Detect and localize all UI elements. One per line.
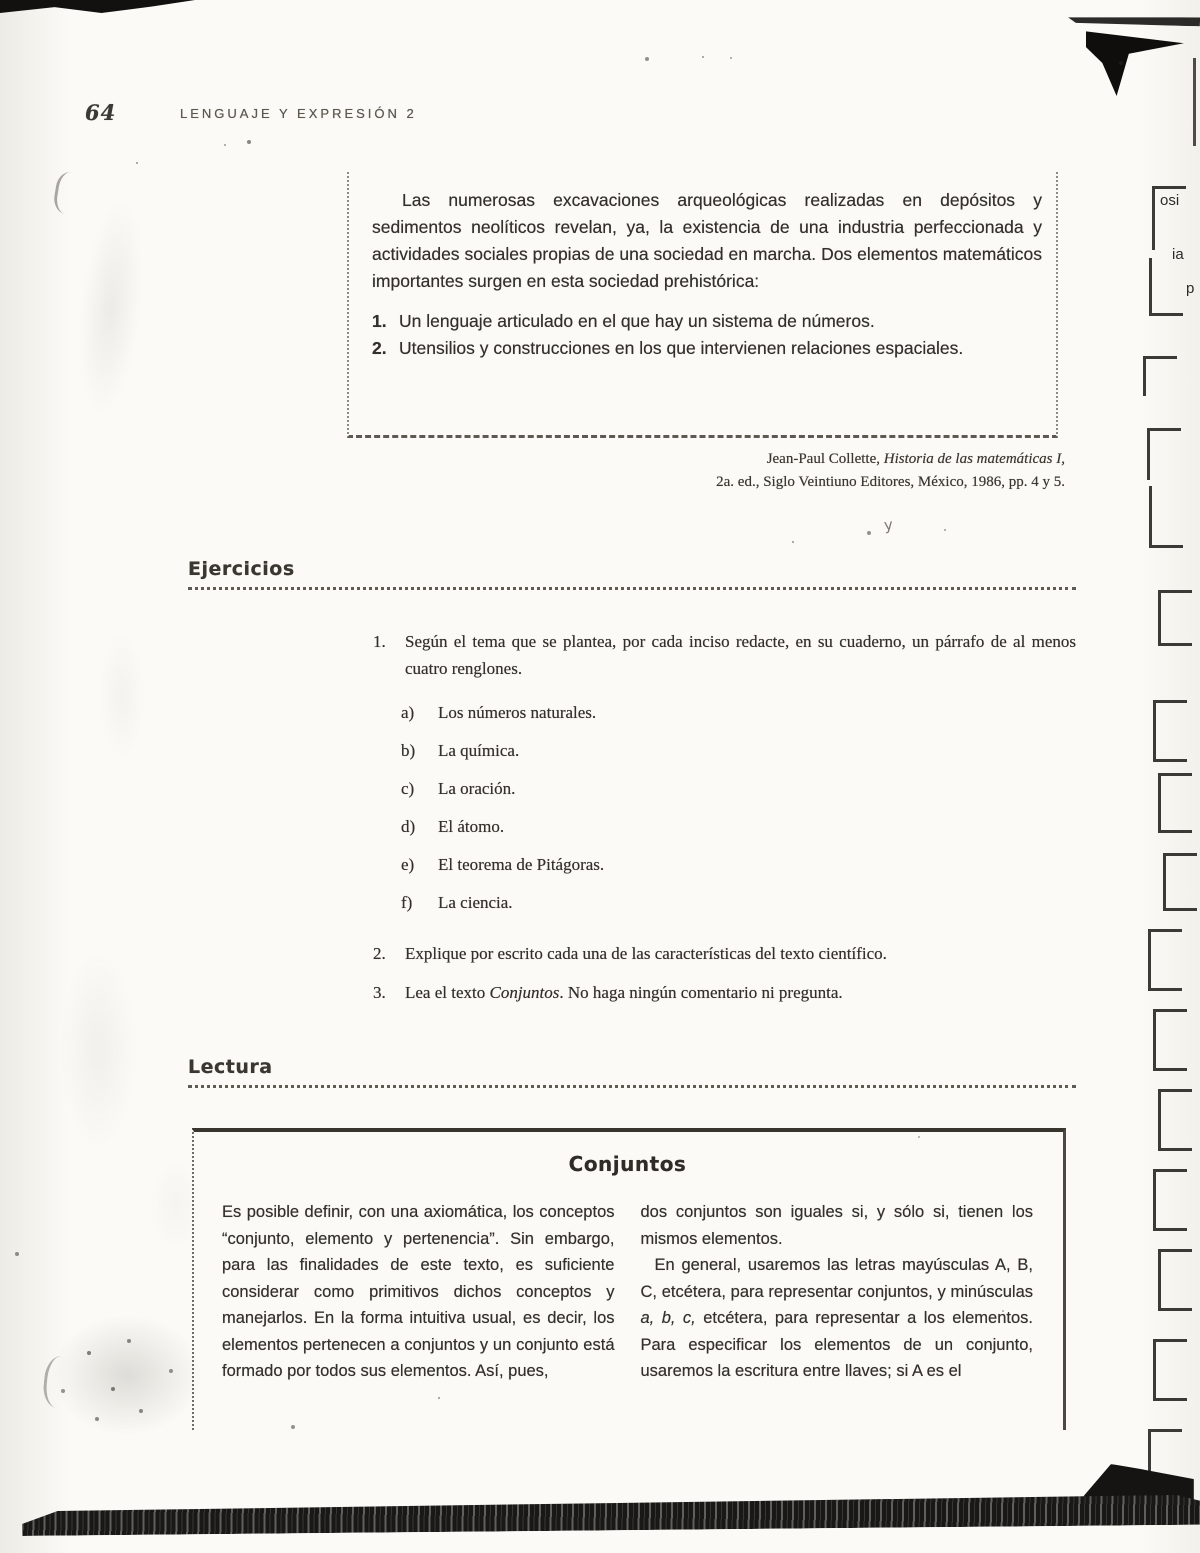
subitem-letter: f) [401,889,438,916]
section-heading-lectura: Lectura [188,1056,1076,1088]
subitem: f) La ciencia. [401,889,1076,916]
subitem: e) El teorema de Pitágoras. [401,851,1076,878]
reading-paragraph: Es posible definir, con una axiomática, … [222,1199,615,1385]
quotation-box: Las numerosas excavaciones arqueológicas… [347,172,1058,438]
exercise-number: 3. [373,979,405,1006]
subitem: c) La oración. [401,775,1076,802]
bleed-text-fragment: osi [1160,192,1179,209]
scan-artifact-vertical-line [1193,58,1196,146]
scan-artifact-bracket [1158,1249,1192,1311]
exercise-text-italic: Conjuntos [490,983,560,1002]
reading-paragraph: En general, usaremos las letras mayúscul… [641,1252,1034,1385]
scan-artifact-bracket [1163,853,1197,911]
reading-text-italic: a, b, c, [641,1309,696,1327]
scan-artifact-bracket [1158,1089,1192,1151]
subitem-text: La química. [438,737,519,764]
scan-smudge [71,198,151,418]
exercise-1-subitems: a) Los números naturales. b) La química.… [401,699,1076,916]
exercise-number: 1. [373,628,405,682]
exercise-1: 1. Según el tema que se plantea, por cad… [373,628,1076,682]
list-number: 1. [372,308,399,335]
scan-artifact-top-left-streak [0,0,195,13]
exercise-text: Explique por escrito cada una de las car… [405,940,1076,967]
quote-list-item: 2. Utensilios y construcciones en los qu… [372,335,1042,362]
quote-list: 1. Un lenguaje articulado en el que hay … [372,308,1042,362]
quote-paragraph: Las numerosas excavaciones arqueológicas… [372,187,1042,295]
subitem-letter: e) [401,851,438,878]
scan-artifact-bracket [1143,356,1177,396]
scan-artifact-bottom-band [22,1495,1200,1536]
subitem: b) La química. [401,737,1076,764]
exercise-list: 1. Según el tema que se plantea, por cad… [373,628,1076,1006]
scan-artifact-bracket [1153,700,1187,762]
reading-columns: Es posible definir, con una axiomática, … [222,1199,1033,1385]
scan-speckles [0,0,2,2]
scanned-book-page: { "page": { "number": "64", "running_tit… [0,0,1200,1553]
exercise-text: Lea el texto Conjuntos. No haga ningún c… [405,979,1076,1006]
scan-artifact-bracket [1147,428,1181,480]
pencil-mark: y [883,516,894,535]
source-citation: Jean-Paul Collette, Historia de las mate… [440,448,1065,494]
scan-artifact-corner-triangle [1086,30,1188,96]
subitem: d) El átomo. [401,813,1076,840]
subitem-text: La ciencia. [438,889,513,916]
citation-title: Historia de las matemáticas I, [884,451,1065,467]
subitem-text: El átomo. [438,813,504,840]
scan-artifact-bracket [1149,258,1183,316]
page-header: 64 LENGUAJE Y EXPRESIÓN 2 [85,100,985,130]
running-title: LENGUAJE Y EXPRESIÓN 2 [180,106,417,121]
scan-artifact-bracket [1149,486,1183,548]
subitem-letter: c) [401,775,438,802]
scan-artifact-bracket [1153,1339,1187,1401]
subitem-letter: b) [401,737,438,764]
scan-artifact-bracket [1158,590,1192,646]
reading-text-part: etcétera, para representar a los element… [641,1309,1034,1380]
citation-line1: Jean-Paul Collette, Historia de las mate… [440,448,1065,471]
citation-line2: 2a. ed., Siglo Veintiuno Editores, Méxic… [440,471,1065,494]
exercise-number: 2. [373,940,405,967]
list-text: Un lenguaje articulado en el que hay un … [399,308,1042,335]
scan-smudge [52,1315,202,1435]
reading-box: Conjuntos Es posible definir, con una ax… [192,1128,1066,1430]
subitem-text: El teorema de Pitágoras. [438,851,604,878]
citation-author: Jean-Paul Collette, [767,451,884,467]
list-text: Utensilios y construcciones en los que i… [399,335,1042,362]
exercise-text: Según el tema que se plantea, por cada i… [405,628,1076,682]
exercise-text-part: Lea el texto [405,983,490,1002]
subitem-text: La oración. [438,775,515,802]
exercise-3: 3. Lea el texto Conjuntos. No haga ningú… [373,979,1076,1006]
reading-title: Conjuntos [222,1152,1033,1176]
subitem-letter: a) [401,699,438,726]
scan-artifact-bracket [1153,1009,1187,1071]
reading-column-right: dos conjuntos son iguales si, y sólo si,… [641,1199,1034,1385]
reading-column-left: Es posible definir, con una axiomática, … [222,1199,615,1385]
scan-artifact-top-right-streak [1068,15,1200,27]
section-heading-ejercicios: Ejercicios [188,558,1076,590]
scan-smudge [60,950,136,1150]
list-number: 2. [372,335,399,362]
scan-artifact-bracket [1148,929,1182,991]
reading-text-part: En general, usaremos las letras mayúscul… [641,1256,1034,1301]
bleed-text-fragment: p [1186,280,1194,297]
subitem-text: Los números naturales. [438,699,596,726]
exercise-2: 2. Explique por escrito cada una de las … [373,940,1076,967]
subitem-letter: d) [401,813,438,840]
scan-artifact-bracket [1158,773,1192,833]
subitem: a) Los números naturales. [401,699,1076,726]
bleed-text-fragment: ia [1172,246,1184,263]
scan-artifact-bracket [1153,1169,1187,1231]
exercise-text-part: . No haga ningún comentario ni pregunta. [559,983,842,1002]
quote-list-item: 1. Un lenguaje articulado en el que hay … [372,308,1042,335]
reading-paragraph: dos conjuntos son iguales si, y sólo si,… [641,1199,1034,1252]
scan-artifact-paren-mark [52,170,84,216]
page-number: 64 [85,100,116,125]
scan-smudge [100,630,144,760]
